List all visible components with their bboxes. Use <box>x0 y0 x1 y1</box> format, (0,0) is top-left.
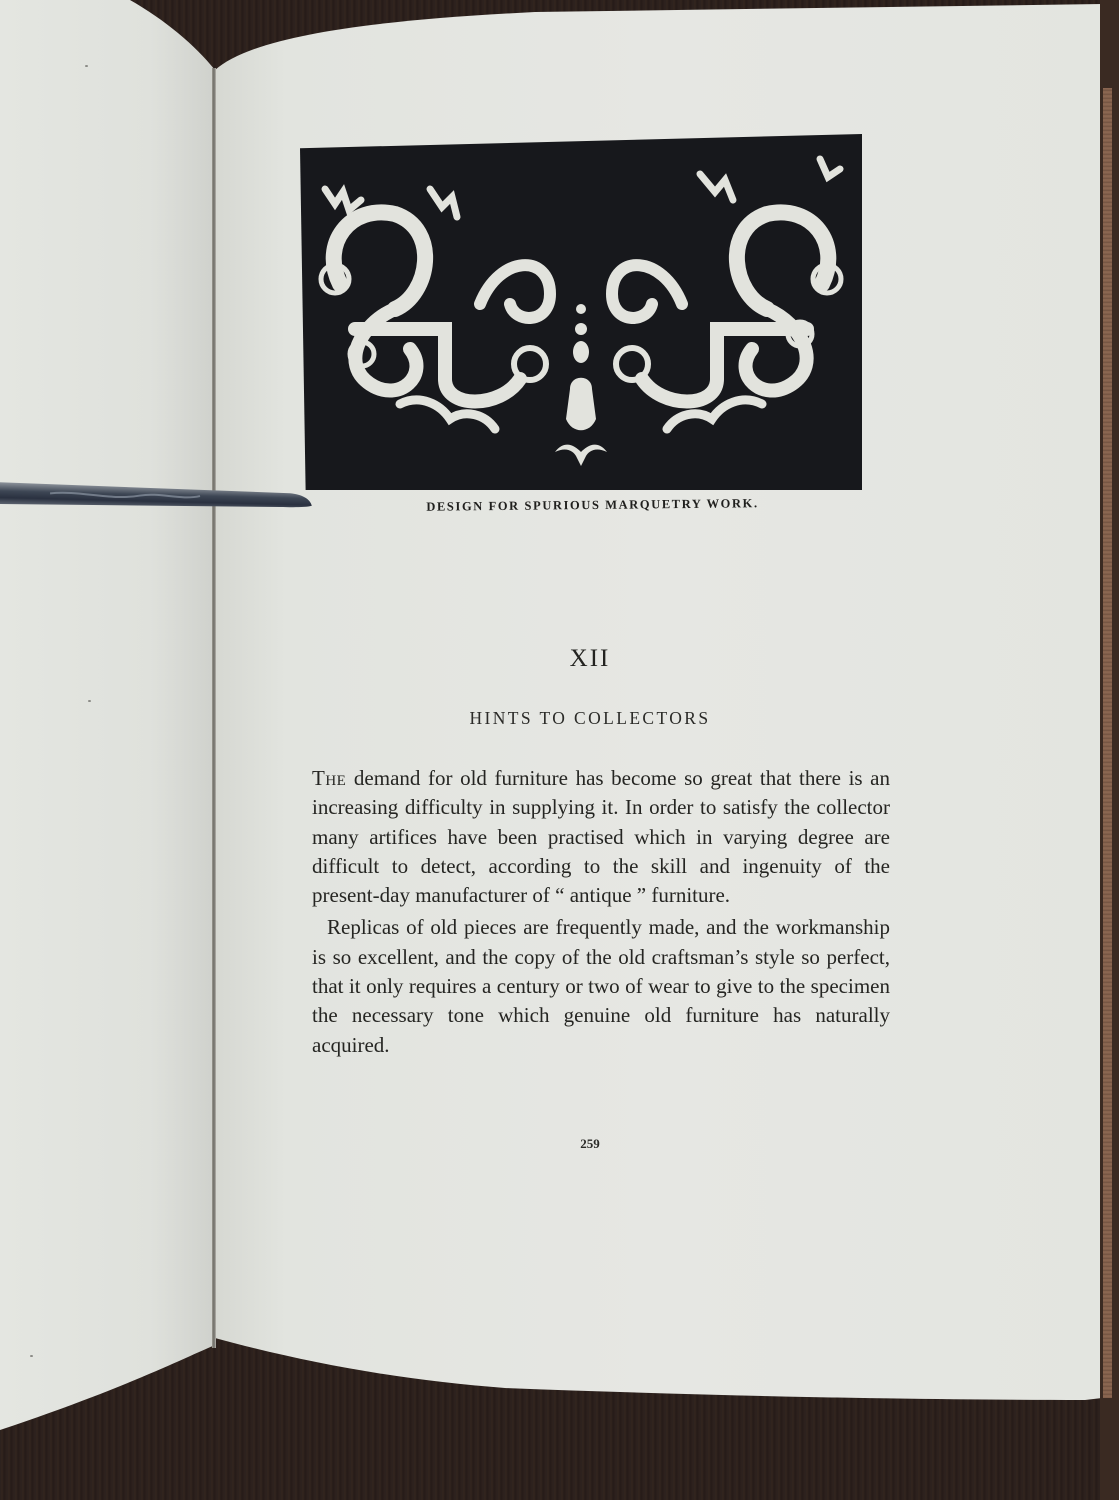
book-cover-edge <box>1100 0 1119 1500</box>
paragraph-1-text: demand for old furniture has become so g… <box>312 766 890 907</box>
paper-speck <box>30 1355 33 1357</box>
left-page <box>0 0 215 1500</box>
chapter-number: XII <box>440 645 740 673</box>
paper-speck <box>88 700 91 702</box>
cover-cloth <box>1103 88 1112 1398</box>
page-number: 259 <box>560 1136 620 1152</box>
marquetry-illustration <box>300 134 862 490</box>
book-photo: DESIGN FOR SPURIOUS MARQUETRY WORK. XII … <box>0 0 1119 1500</box>
book-gutter <box>212 68 216 1348</box>
acanthus-scroll-ornament <box>300 134 862 490</box>
paragraph-2: Replicas of old pieces are frequently ma… <box>312 913 890 1059</box>
paragraph-1: The demand for old furniture has become … <box>312 764 890 910</box>
chapter-title: HINTS TO COLLECTORS <box>380 708 800 729</box>
paragraph-lead-word: The <box>312 766 346 790</box>
paper-speck <box>85 65 88 67</box>
chapter-body: The demand for old furniture has become … <box>312 764 890 1060</box>
